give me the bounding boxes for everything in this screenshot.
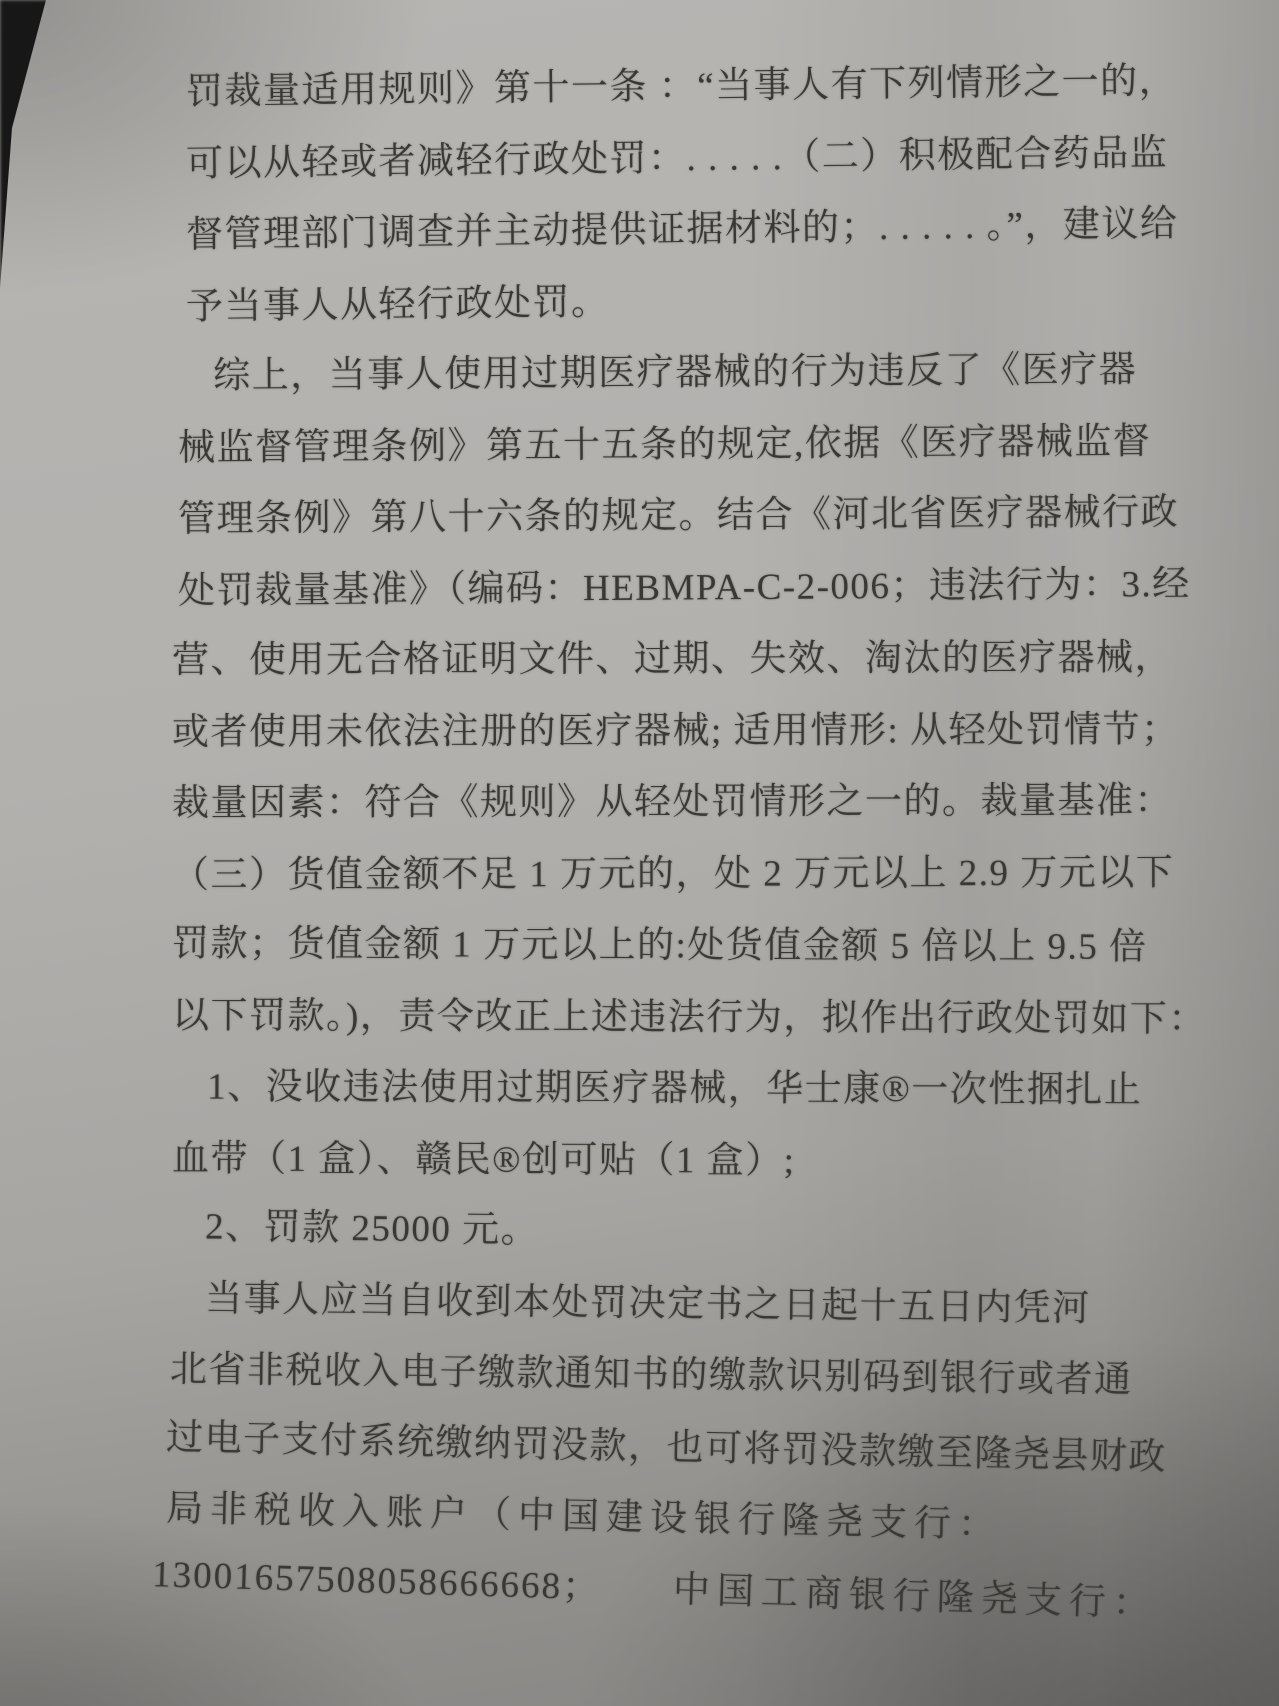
document-photo: 罚裁量适用规则》第十一条 ：“当事人有下列情形之一的， 可以从轻或者减轻行政处罚… bbox=[0, 0, 1279, 1706]
text-line: 1、没收违法使用过期医疗器械，华士康®一次性捆扎止 bbox=[172, 1051, 1040, 1126]
bank-branch-name: 中国工商银行隆尧支行： bbox=[672, 1554, 1158, 1640]
text-line: 或者使用未依法注册的医疗器械; 适用情形: 从轻处罚情节； bbox=[172, 694, 1040, 768]
text-line: 处罚裁量基准》（编码：HEBMPA-C-2-006；违法行为：3.经 bbox=[178, 549, 1040, 627]
text-line: （三）货值金额不足 1 万元的，处 2 万元以上 2.9 万元以下 bbox=[172, 837, 1040, 911]
text-line: 营、使用无合格证明文件、过期、失效、淘汰的医疗器械， bbox=[172, 623, 1040, 697]
text-line: 管理条例》第八十六条的规定。结合《河北省医疗器械行政 bbox=[178, 478, 1040, 556]
text-line: 可以从轻或者减轻行政处罚：. . . . .（二）积极配合药品监 bbox=[186, 119, 1041, 200]
text-line: 血带（1 盒）、赣民®创可贴（1 盒）; bbox=[172, 1123, 1040, 1198]
bank-account-number: 13001657508058666668； bbox=[151, 1539, 602, 1624]
text-line: 北省非税收入电子缴款通知书的缴款识别码到银行或者通 bbox=[170, 1334, 1041, 1415]
text-line: 械监督管理条例》第五十五条的规定,依据《医疗器械监督 bbox=[178, 406, 1040, 484]
text-line: 以下罚款。)，责令改正上述违法行为，拟作出行政处罚如下： bbox=[172, 980, 1040, 1055]
text-line: 罚裁量适用规则》第十一条 ：“当事人有下列情形之一的， bbox=[186, 47, 1041, 128]
text-line: 当事人应当自收到本处罚决定书之日起十五日内凭河 bbox=[170, 1263, 1041, 1344]
paper-edge-shadow bbox=[0, 0, 60, 300]
text-line: 予当事人从轻行政处罚。 bbox=[186, 262, 1041, 343]
document-text: 罚裁量适用规则》第十一条 ：“当事人有下列情形之一的， 可以从轻或者减轻行政处罚… bbox=[172, 52, 1040, 1625]
text-line: 2、罚款 25000 元。 bbox=[170, 1191, 1041, 1272]
text-line: 督管理部门调查并主动提供证据材料的；. . . . . 。”，建议给 bbox=[186, 190, 1041, 271]
text-line: 裁量因素：符合《规则》从轻处罚情形之一的。裁量基准： bbox=[172, 766, 1040, 840]
text-line: 罚款；货值金额 1 万元以上的:处货值金额 5 倍以上 9.5 倍 bbox=[172, 908, 1040, 983]
text-line: 综上，当事人使用过期医疗器械的行为违反了《医疗器 bbox=[178, 335, 1040, 413]
